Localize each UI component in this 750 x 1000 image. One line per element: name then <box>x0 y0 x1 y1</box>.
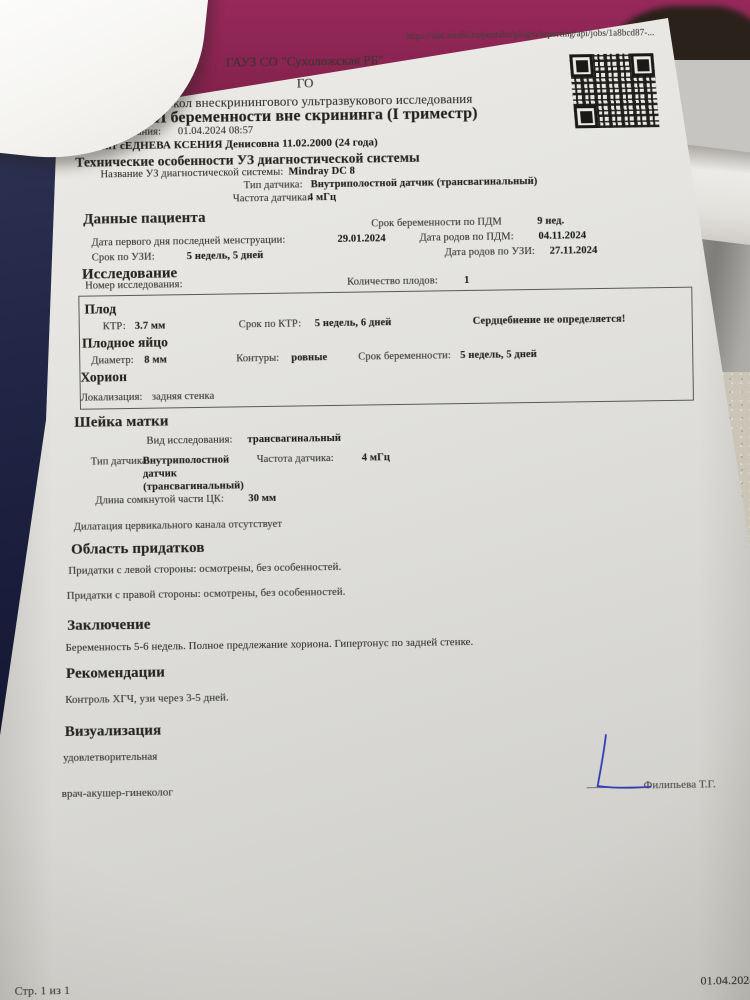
contours-label: Контуры: <box>236 353 279 365</box>
recommendations-heading: Рекомендации <box>66 665 165 683</box>
heartbeat-note: Сердцебиение не определяется! <box>473 314 626 327</box>
cervix-length-row: Длина сомкнутой части ЦК: 30 мм <box>5 486 750 497</box>
edd-uzi-label: Дата родов по УЗИ: <box>445 246 535 258</box>
pen-signature <box>582 731 743 795</box>
edd-uzi-value: 27.11.2024 <box>550 245 598 257</box>
diameter-label: Диаметр: <box>91 355 134 367</box>
contours-value: ровные <box>291 352 327 364</box>
gestation-value: 5 недель, 5 дней <box>460 349 537 361</box>
adnexa-right-line: Придатки с правой стороны: осмотрены, бе… <box>67 586 346 602</box>
tech-probe-value: Внутриполостной датчик (трансвагинальный… <box>311 176 538 190</box>
lmp-edd-row: Дата первого дня последней менструации: … <box>1 228 750 239</box>
lmp-value: 29.01.2024 <box>337 233 385 245</box>
cervix-probe-value-line3: (трансвагинальный) <box>143 480 244 492</box>
footer-row: Стр. 1 из 1 01.04.2024 <box>13 973 750 984</box>
lmp-label: Дата первого дня последней менструации: <box>91 235 285 249</box>
uzi-term-label: Срок по УЗИ: <box>92 252 155 264</box>
sac-heading: Плодное яйцо <box>82 334 168 351</box>
tech-freq-label: Частота датчика: <box>233 192 310 204</box>
exam-type-value: трансвагинальный <box>247 433 341 445</box>
cervix-probe-row: Тип датчика: Внутриполостной Частота дат… <box>5 447 750 458</box>
ktr-term-label: Срок по КТР: <box>239 318 302 330</box>
adnexa-left-line: Придатки с левой стороны: осмотрены, без… <box>68 561 341 577</box>
edd-pdm-label: Дата родов по ПДМ: <box>419 231 513 243</box>
chorion-heading: Хорион <box>80 369 127 386</box>
cervix-heading: Шейка матки <box>74 413 169 431</box>
tech-system-value: Mindray DC 8 <box>288 166 355 178</box>
tech-probe-label: Тип датчика: <box>244 179 303 191</box>
localization-label: Локализация: <box>81 392 143 404</box>
localization-value: задняя стенка <box>152 391 215 403</box>
photo-of-document: https://aist.mis66.ru/pentaho/plugin/rep… <box>0 0 750 1000</box>
visualization-text: удовлетворительная <box>63 751 157 764</box>
fetus-count-value: 1 <box>464 275 470 286</box>
qr-finder-top-right <box>630 53 655 76</box>
study-date-value: 01.04.2024 08:57 <box>178 125 254 137</box>
gestation-pdm-label: Срок беременности по ПДМ <box>371 216 502 229</box>
printed-url: https://aist.mis66.ru/pentaho/plugin/rep… <box>378 27 654 41</box>
qr-code <box>569 53 659 128</box>
doctor-role: врач-акушер-гинеколог <box>62 786 173 800</box>
tech-system-label: Название УЗ диагностической системы: <box>100 167 283 181</box>
cervix-length-label: Длина сомкнутой части ЦК: <box>95 494 224 507</box>
footer-page-number: Стр. 1 из 1 <box>15 983 71 999</box>
uzi-term-value: 5 недель, 5 дней <box>187 250 264 262</box>
cervix-freq-label: Частота датчика: <box>257 453 334 465</box>
patient-data-heading: Данные пациента <box>83 210 206 229</box>
qr-finder-top-left <box>569 54 594 77</box>
footer-date: 01.04.2024 <box>700 973 750 989</box>
edd-pdm-value: 04.11.2024 <box>538 230 586 242</box>
visualization-heading: Визуализация <box>65 723 162 741</box>
dilation-note: Дилатация цервикального канала отсутству… <box>74 519 282 533</box>
gestation-pdm-value: 9 нед. <box>537 216 564 227</box>
fetus-count-label: Количество плодов: <box>347 275 438 287</box>
gestation-label: Срок беременности: <box>358 350 451 362</box>
cervix-probe-label: Тип датчика: <box>91 456 150 468</box>
qr-finder-bottom-left <box>574 105 599 128</box>
cervix-freq-value: 4 мГц <box>362 452 390 463</box>
exam-type-label: Вид исследования: <box>146 434 232 446</box>
conclusion-text: Беременность 5-6 недель. Полное предлежа… <box>65 636 473 654</box>
cervix-probe-value-line2: датчик <box>143 468 177 480</box>
document-content: https://aist.mis66.ru/pentaho/plugin/rep… <box>0 0 750 1000</box>
ktr-value: 3.7 мм <box>135 320 166 331</box>
adnexa-heading: Область придатков <box>71 540 205 559</box>
conclusion-heading: Заключение <box>67 617 151 635</box>
diameter-value: 8 мм <box>144 354 167 365</box>
cervix-probe-value-line1: Внутриполостной <box>143 455 230 467</box>
cervix-length-value: 30 мм <box>248 493 276 504</box>
ktr-label: КТР: <box>103 321 126 332</box>
recommendations-text: Контроль ХГЧ, узи через 3-5 дней. <box>65 692 229 706</box>
fetus-heading: Плод <box>84 301 116 317</box>
tech-freq-value: 4 мГц <box>308 192 336 203</box>
study-number-label: Номер исследования: <box>85 279 183 291</box>
ktr-term-value: 5 недель, 6 дней <box>315 317 392 329</box>
